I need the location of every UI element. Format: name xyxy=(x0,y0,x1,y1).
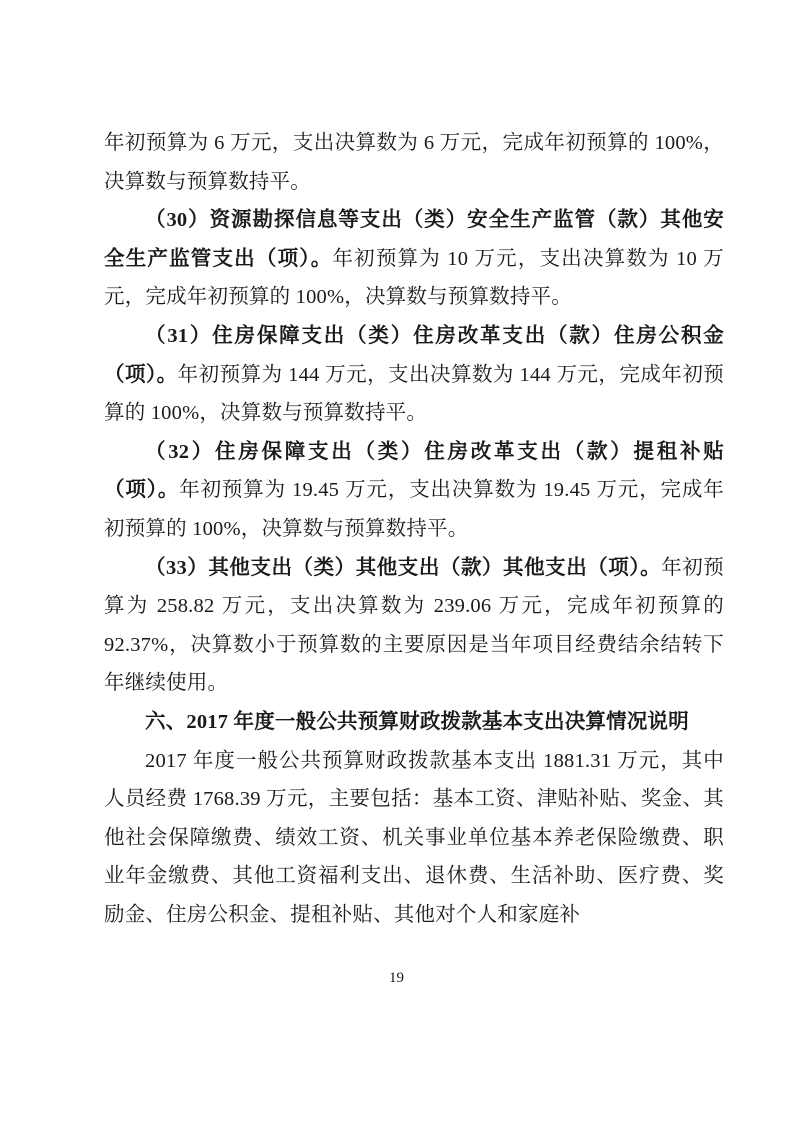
paragraph-item-32: （32）住房保障支出（类）住房改革支出（款）提租补贴（项）。年初预算为 19.4… xyxy=(104,433,724,549)
paragraph-basic-expenditure: 2017 年度一般公共预算财政拨款基本支出 1881.31 万元，其中人员经费 … xyxy=(104,742,724,935)
paragraph-body: 年初预算为 6 万元，支出决算数为 6 万元，完成年初预算的 100%，决算数与… xyxy=(104,132,724,193)
paragraph-continued: 年初预算为 6 万元，支出决算数为 6 万元，完成年初预算的 100%，决算数与… xyxy=(104,124,724,201)
section-heading-text: 六、2017 年度一般公共预算财政拨款基本支出决算情况说明 xyxy=(145,711,689,733)
text-block: 年初预算为 6 万元，支出决算数为 6 万元，完成年初预算的 100%，决算数与… xyxy=(104,124,724,934)
paragraph-item-30: （30）资源勘探信息等支出（类）安全生产监管（款）其他安全生产监管支出（项）。年… xyxy=(104,201,724,317)
paragraph-body: 年初预算为 144 万元，支出决算数为 144 万元，完成年初预算的 100%，… xyxy=(104,364,724,425)
paragraph-item-31: （31）住房保障支出（类）住房改革支出（款）住房公积金（项）。年初预算为 144… xyxy=(104,317,724,433)
paragraph-lead-bold: （33）其他支出（类）其他支出（款）其他支出（项）。 xyxy=(145,557,661,579)
section-heading: 六、2017 年度一般公共预算财政拨款基本支出决算情况说明 xyxy=(104,703,724,742)
document-page: 年初预算为 6 万元，支出决算数为 6 万元，完成年初预算的 100%，决算数与… xyxy=(0,0,793,1122)
paragraph-body: 2017 年度一般公共预算财政拨款基本支出 1881.31 万元，其中人员经费 … xyxy=(104,750,724,926)
page-number: 19 xyxy=(0,970,793,987)
paragraph-body: 年初预算为 19.45 万元，支出决算数为 19.45 万元，完成年初预算的 1… xyxy=(104,479,724,540)
paragraph-item-33: （33）其他支出（类）其他支出（款）其他支出（项）。年初预算为 258.82 万… xyxy=(104,549,724,703)
